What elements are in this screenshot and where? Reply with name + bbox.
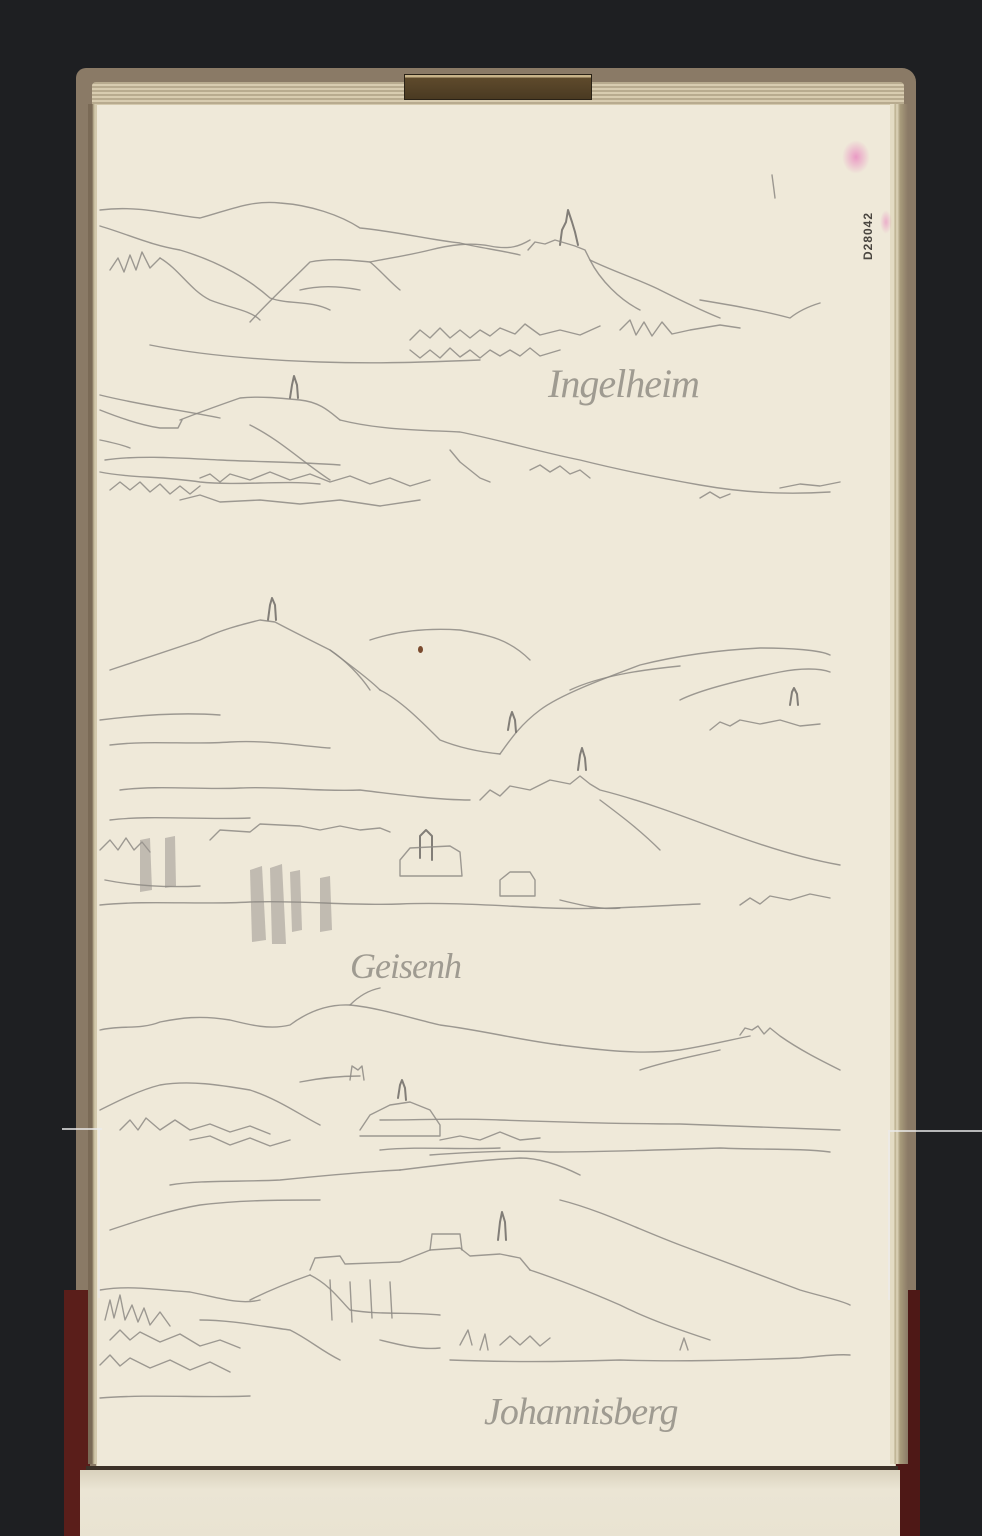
sketch-2 <box>100 376 840 506</box>
page-clip-right-arm <box>890 1130 982 1132</box>
page-clip-left-wire <box>98 1128 100 1298</box>
inscription-ingelheim: Ingelheim <box>548 360 699 407</box>
sketchbook-photo: D28042 Ingelheim Geisenh Johannisberg <box>0 0 982 1536</box>
sketch-3 <box>100 598 840 944</box>
pink-ink-mark-small <box>880 210 892 234</box>
pencil-sketches <box>0 0 982 1536</box>
archive-stamp-number: D28042 <box>861 140 879 260</box>
inscription-geisenheim: Geisenh <box>350 945 461 987</box>
sketch-1 <box>100 175 820 418</box>
sketch-5 <box>100 1200 850 1398</box>
stain-spot <box>418 646 423 653</box>
inscription-johannisberg: Johannisberg <box>484 1390 677 1434</box>
page-clip-left-arm <box>62 1128 102 1130</box>
page-clip-right-wire <box>888 1130 890 1300</box>
sketch-4 <box>100 988 840 1185</box>
